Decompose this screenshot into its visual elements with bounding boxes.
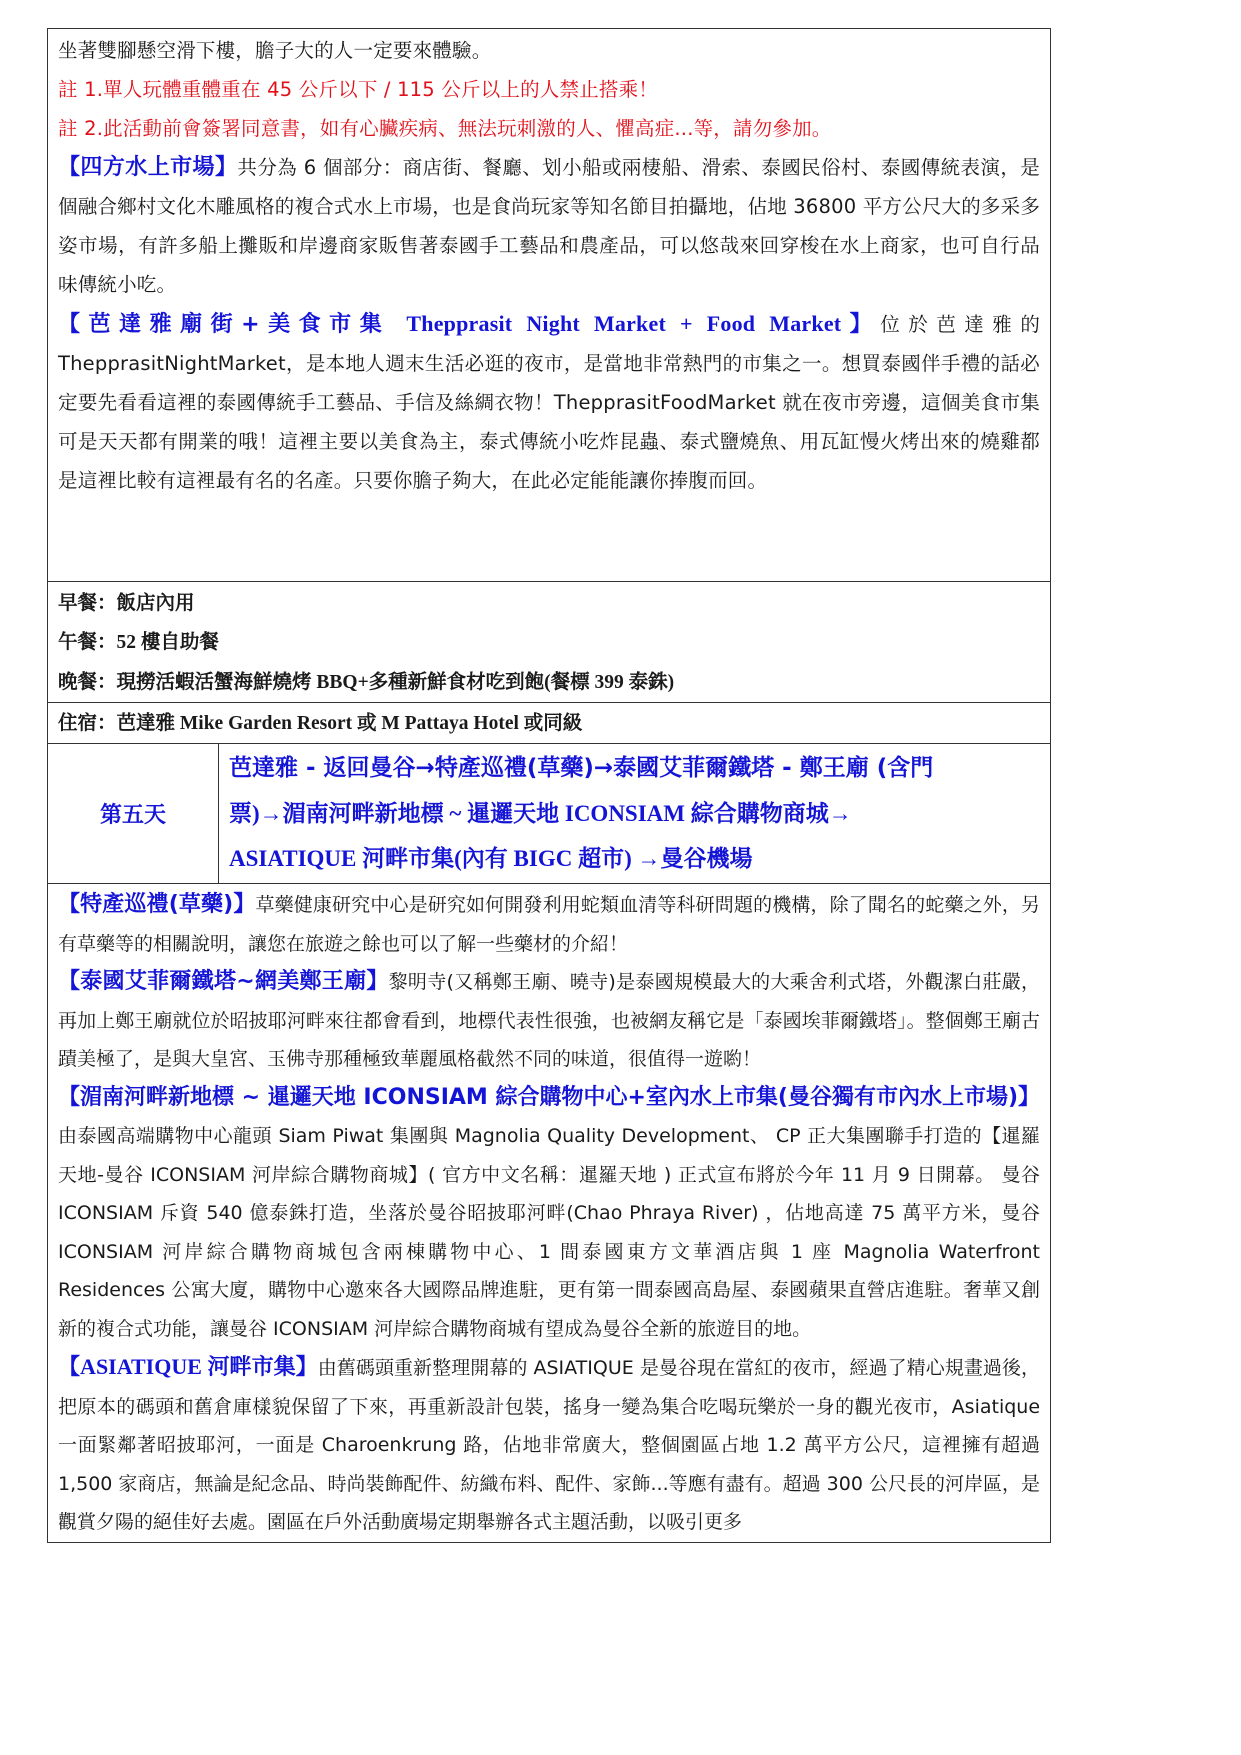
intro-line: 坐著雙腳懸空滑下樓，膽子大的人一定要來體驗。: [58, 31, 1040, 70]
iconsiam-title: 【湄南河畔新地標 ~ 暹邏天地 ICONSIAM 綜合購物中心+室內水上市集(曼…: [58, 1085, 1040, 1110]
day5-description-row: 【特產巡禮(草藥)】草藥健康研究中心是研究如何開發利用蛇類血清等科研問題的機構，…: [48, 884, 1051, 1543]
watarun-paragraph: 【泰國艾菲爾鐵塔~網美鄭王廟】黎明寺(又稱鄭王廟、曉寺)是泰國規模最大的大乘舍利…: [58, 963, 1040, 1079]
iconsiam-body: 由泰國高端購物中心龍頭 Siam Piwat 集團與 Magnolia Qual…: [58, 1125, 1040, 1340]
meals-cell: 早餐：飯店內用 午餐：52 樓自助餐 晚餐：現撈活蝦活蟹海鮮燒烤 BBQ+多種新…: [48, 582, 1051, 703]
herb-paragraph: 【特產巡禮(草藥)】草藥健康研究中心是研究如何開發利用蛇類血清等科研問題的機構，…: [58, 886, 1040, 963]
herb-title: 【特產巡禮(草藥)】: [58, 892, 256, 917]
lunch-label: 午餐：: [58, 630, 117, 653]
breakfast-value: 飯店內用: [117, 591, 195, 614]
day4-description-row: 坐著雙腳懸空滑下樓，膽子大的人一定要來體驗。 註 1.單人玩體重體重在 45 公…: [48, 29, 1051, 582]
lodging-label: 住宿：: [58, 711, 117, 734]
day5-route-line2: 票)→湄南河畔新地標 ~ 暹邏天地 ICONSIAM 綜合購物商城→: [229, 791, 1040, 836]
asiatique-body: 由舊碼頭重新整理開幕的 ASIATIQUE 是曼谷現在當紅的夜市，經過了精心規畫…: [58, 1357, 1040, 1533]
thepprasit-title-en: Thepprasit Night Market + Food Market: [406, 311, 841, 336]
thepprasit-body: 位於芭達雅的 ThepprasitNightMarket，是本地人週末生活必逛的…: [58, 313, 1040, 492]
four-regions-title: 【四方水上市場】: [58, 155, 237, 180]
thepprasit-paragraph: 【芭達雅廟街+美食市集 Thepprasit Night Market + Fo…: [58, 304, 1040, 500]
lodging-row: 住宿：芭達雅 Mike Garden Resort 或 M Pattaya Ho…: [48, 703, 1051, 744]
iconsiam-paragraph: 【湄南河畔新地標 ~ 暹邏天地 ICONSIAM 綜合購物中心+室內水上市集(曼…: [58, 1079, 1040, 1349]
day5-route-line3: ASIATIQUE 河畔市集(內有 BIGC 超市) →曼谷機場: [229, 836, 1040, 881]
lodging-value: 芭達雅 Mike Garden Resort 或 M Pattaya Hotel…: [117, 713, 583, 734]
meals-row: 早餐：飯店內用 午餐：52 樓自助餐 晚餐：現撈活蝦活蟹海鮮燒烤 BBQ+多種新…: [48, 582, 1051, 703]
itinerary-page: 坐著雙腳懸空滑下樓，膽子大的人一定要來體驗。 註 1.單人玩體重體重在 45 公…: [47, 28, 1050, 1543]
day5-label: 第五天: [48, 744, 219, 884]
lunch-line: 午餐：52 樓自助餐: [58, 622, 1040, 662]
note-consent: 註 2.此活動前會簽署同意書，如有心臟疾病、無法玩刺激的人、懼高症...等，請勿…: [58, 109, 1040, 148]
four-regions-paragraph: 【四方水上市場】共分為 6 個部分：商店街、餐廳、划小船或兩棲船、滑索、泰國民俗…: [58, 148, 1040, 304]
dinner-value: 現撈活蝦活蟹海鮮燒烤 BBQ+多種新鮮食材吃到飽(餐標 399 泰銖): [117, 672, 675, 693]
lodging-line: 住宿：芭達雅 Mike Garden Resort 或 M Pattaya Ho…: [58, 703, 1040, 743]
day5-header-row: 第五天 芭達雅 - 返回曼谷→特產巡禮(草藥)→泰國艾菲爾鐵塔 - 鄭王廟 (含…: [48, 744, 1051, 884]
breakfast-line: 早餐：飯店內用: [58, 583, 1040, 622]
day5-route-line1: 芭達雅 - 返回曼谷→特產巡禮(草藥)→泰國艾菲爾鐵塔 - 鄭王廟 (含門: [229, 746, 1040, 791]
note-weight-limit: 註 1.單人玩體重體重在 45 公斤以下 / 115 公斤以上的人禁止搭乘！: [58, 70, 1040, 109]
lodging-cell: 住宿：芭達雅 Mike Garden Resort 或 M Pattaya Ho…: [48, 703, 1051, 744]
asiatique-title: 【ASIATIQUE 河畔市集】: [58, 1354, 318, 1379]
dinner-line: 晚餐：現撈活蝦活蟹海鮮燒烤 BBQ+多種新鮮食材吃到飽(餐標 399 泰銖): [58, 662, 1040, 702]
dinner-label: 晚餐：: [58, 670, 117, 693]
thepprasit-title-zh: 【芭達雅廟街+美食市集: [58, 312, 406, 337]
day5-description-cell: 【特產巡禮(草藥)】草藥健康研究中心是研究如何開發利用蛇類血清等科研問題的機構，…: [48, 884, 1051, 1543]
asiatique-paragraph: 【ASIATIQUE 河畔市集】由舊碼頭重新整理開幕的 ASIATIQUE 是曼…: [58, 1348, 1040, 1542]
itinerary-table: 坐著雙腳懸空滑下樓，膽子大的人一定要來體驗。 註 1.單人玩體重體重在 45 公…: [47, 28, 1051, 1543]
watarun-title: 【泰國艾菲爾鐵塔~網美鄭王廟】: [58, 969, 389, 994]
day5-route: 芭達雅 - 返回曼谷→特產巡禮(草藥)→泰國艾菲爾鐵塔 - 鄭王廟 (含門 票)…: [219, 744, 1051, 884]
thepprasit-title-close: 】: [841, 312, 880, 337]
day4-description-cell: 坐著雙腳懸空滑下樓，膽子大的人一定要來體驗。 註 1.單人玩體重體重在 45 公…: [48, 29, 1051, 582]
breakfast-label: 早餐：: [58, 591, 117, 614]
lunch-value: 52 樓自助餐: [117, 632, 219, 653]
